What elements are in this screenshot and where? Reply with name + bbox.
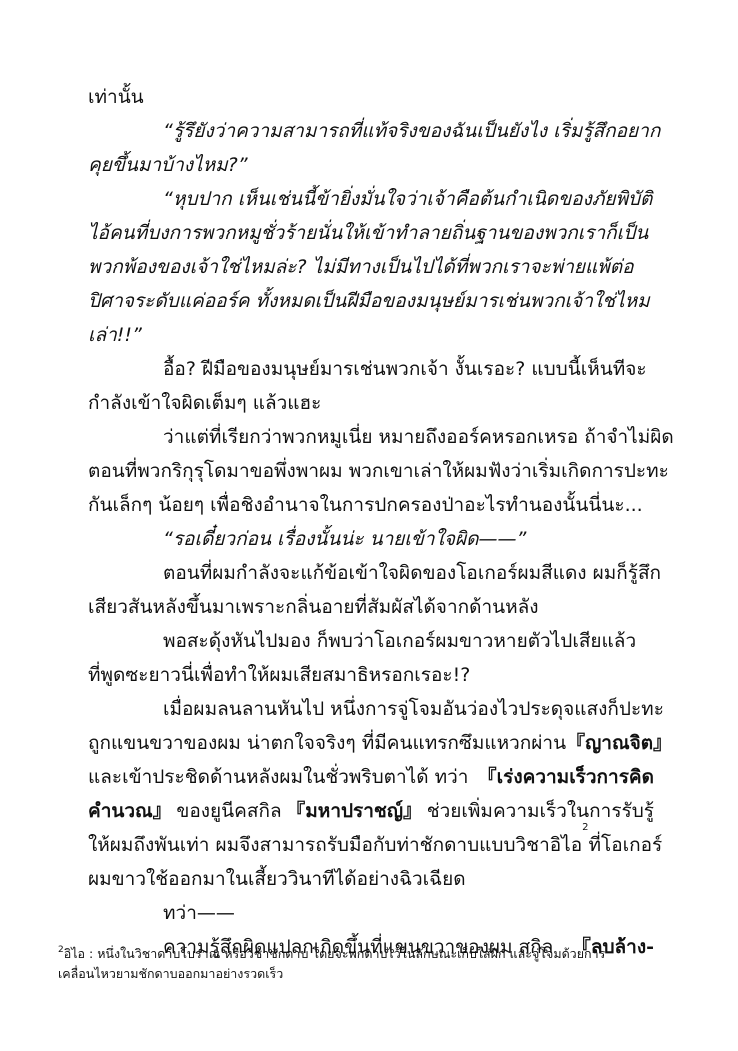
skill-name: คำนวณ』	[88, 794, 172, 828]
text-line: ตอนที่ผมกำลังจะแก้ข้อเข้าใจผิดของโอเกอร์…	[88, 556, 654, 590]
text-line: เล่า!!”	[88, 318, 654, 352]
text-line: “หุบปาก เห็นเช่นนี้ข้ายิ่งมั่นใจว่าเจ้าค…	[88, 182, 654, 216]
body-text: เท่านั้น“รู้รึยังว่าความสามารถที่แท้จริง…	[88, 80, 654, 726]
text-line: พอสะดุ้งหันไปมอง ก็พบว่าโอเกอร์ผมขาวหายต…	[88, 624, 654, 658]
text-line: เท่านั้น	[88, 80, 654, 114]
text-line: คำนวณ』 ของยูนีคสกิล 『มหาปราชญ์』 ช่วยเพิ่…	[88, 794, 654, 828]
text-line: เสียวสันหลังขึ้นมาเพราะกลิ่นอายที่สัมผัส…	[88, 590, 654, 624]
document-page: เท่านั้น“รู้รึยังว่าความสามารถที่แท้จริง…	[88, 80, 654, 964]
text-line: อื้อ? ฝีมือของมนุษย์มารเช่นพวกเจ้า งั้นเ…	[88, 352, 654, 386]
text-line: ให้ผมถึงพันเท่า ผมจึงสามารถรับมือกับท่าช…	[88, 828, 654, 862]
text-line: คุยขึ้นมาบ้างไหม?”	[88, 148, 654, 182]
text-line: ทว่า——	[88, 896, 654, 930]
text-line: ที่พูดซะยาวนี่เพื่อทำให้ผมเสียสมาธิหรอกเ…	[88, 658, 654, 692]
text-line: กำลังเข้าใจผิดเต็มๆ แล้วแฮะ	[88, 386, 654, 420]
text-line: ไอ้คนที่บงการพวกหมูชั่วร้ายนั่นให้เข้าทำ…	[88, 216, 654, 250]
text-line: ว่าแต่ที่เรียกว่าพวกหมูเนี่ย หมายถึงออร์…	[88, 420, 654, 454]
text-line: เมื่อผมลนลานหันไป หนึ่งการจู่โจมอันว่องไ…	[88, 692, 654, 726]
skill-name: 『ญาณจิต』	[566, 726, 672, 760]
text-line: ผมขาวใช้ออกมาในเสี้ยววินาทีได้อย่างฉิวเฉ…	[88, 862, 654, 896]
text-line: ตอนที่พวกริกุรุโดมาขอพึ่งพาผม พวกเขาเล่า…	[88, 454, 654, 488]
skill-name: 『เร่งความเร็วการคิด	[478, 760, 654, 794]
text-line: พวกพ้องของเจ้าใช่ไหมล่ะ? ไม่มีทางเป็นไปไ…	[88, 250, 654, 284]
text-line: กันเล็กๆ น้อยๆ เพื่อชิงอำนาจในการปกครองป…	[88, 488, 654, 522]
footnote: 2อิไอ : หนึ่งในวิชาดาบโบราณ หรือวิชาชักด…	[58, 944, 658, 984]
text-line: ปิศาจระดับแค่ออร์ค ทั้งหมดเป็นฝีมือของมน…	[88, 284, 654, 318]
text-line: และเข้าประชิดด้านหลังผมในชั่วพริบตาได้ ท…	[88, 760, 654, 794]
text-line: ถูกแขนขวาของผม น่าตกใจจริงๆ ที่มีคนแทรกซ…	[88, 726, 654, 760]
text-line: “รู้รึยังว่าความสามารถที่แท้จริงของฉันเป…	[88, 114, 654, 148]
text-line: “รอเดี๋ยวก่อน เรื่องนั้นน่ะ นายเข้าใจผิด…	[88, 522, 654, 556]
skill-name: 『มหาปราชญ์』	[286, 794, 422, 828]
